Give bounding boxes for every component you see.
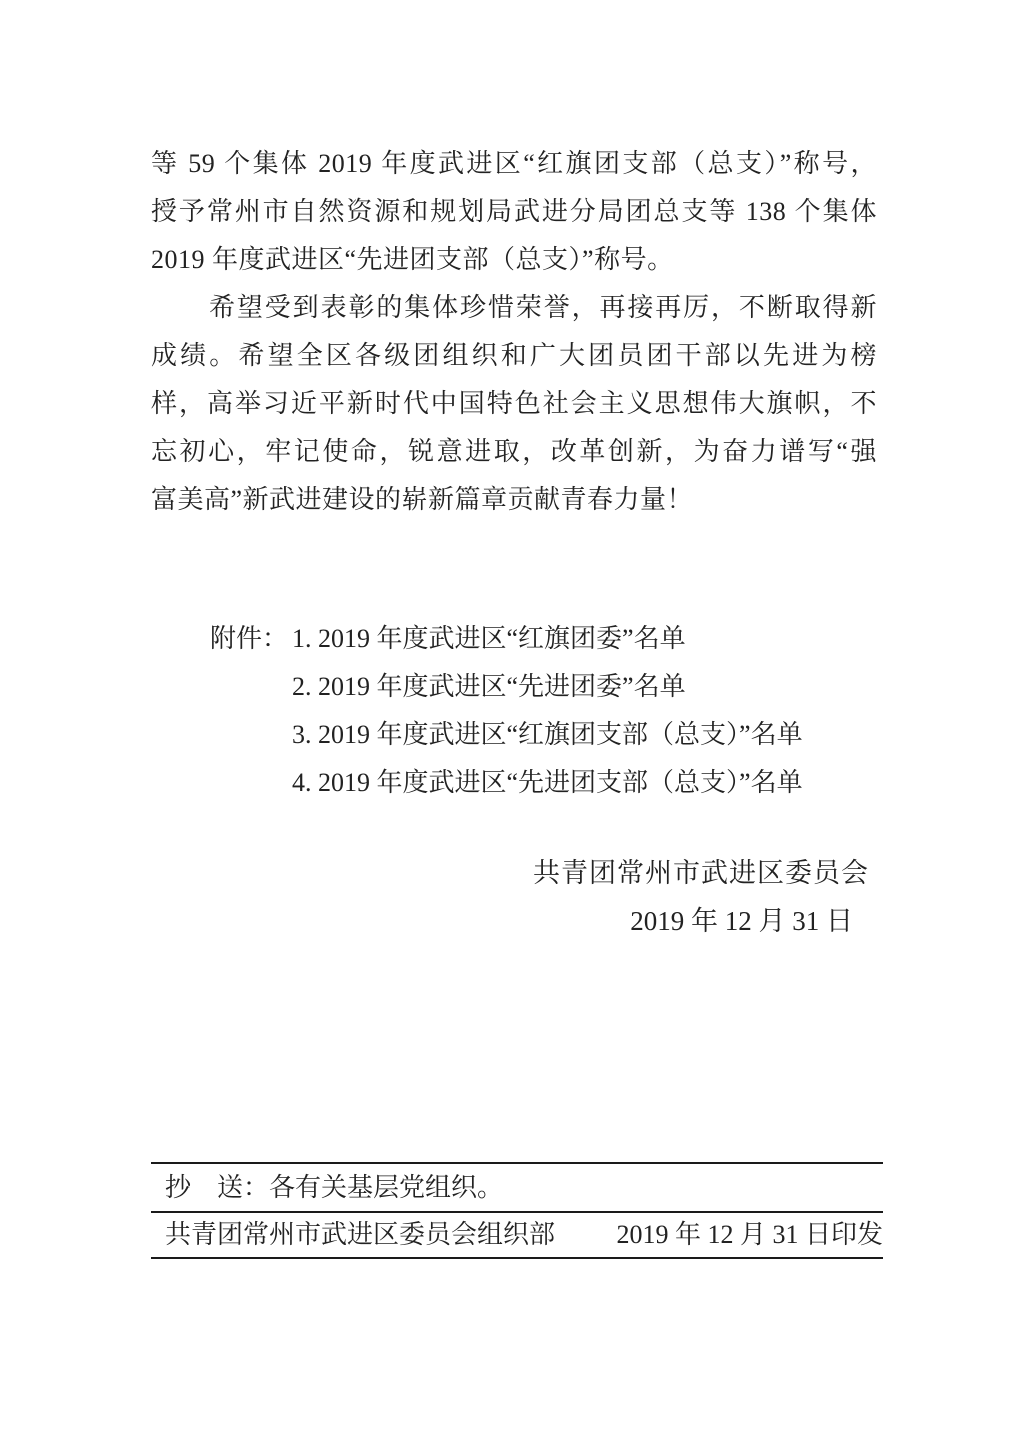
attachments-label: 附件： (210, 615, 288, 807)
signature-block: 共青团常州市武进区委员会 2019 年 12 月 31 日 (151, 849, 877, 945)
document-body: 等 59 个集体 2019 年度武进区“红旗团支部（总支）”称号， 授予常州市自… (151, 140, 877, 945)
body-text-line: 希望受到表彰的集体珍惜荣誉，再接再厉，不断取得新 (151, 284, 877, 332)
document-footer: 抄 送：各有关基层党组织。 共青团常州市武进区委员会组织部 2019 年 12 … (151, 1162, 883, 1259)
cc-value: 各有关基层党组织。 (269, 1173, 503, 1202)
body-text-line: 富美高”新武进建设的崭新篇章贡献青春力量！ (151, 476, 877, 524)
document-page: 等 59 个集体 2019 年度武进区“红旗团支部（总支）”称号， 授予常州市自… (0, 0, 1024, 1448)
body-text-line: 成绩。希望全区各级团组织和广大团员团干部以先进为榜 (151, 332, 877, 380)
signature-organization: 共青团常州市武进区委员会 (151, 849, 877, 897)
attachments-block: 附件： 1. 2019 年度武进区“红旗团委”名单 2. 2019 年度武进区“… (151, 615, 877, 807)
body-text-line: 样，高举习近平新时代中国特色社会主义思想伟大旗帜，不 (151, 380, 877, 428)
issuing-department: 共青团常州市武进区委员会组织部 (165, 1213, 555, 1257)
body-text-line: 授予常州市自然资源和规划局武进分局团总支等 138 个集体 (151, 188, 877, 236)
issue-line: 共青团常州市武进区委员会组织部 2019 年 12 月 31 日印发 (151, 1213, 883, 1257)
attachment-item: 4. 2019 年度武进区“先进团支部（总支）”名单 (292, 759, 803, 807)
attachment-item: 3. 2019 年度武进区“红旗团支部（总支）”名单 (292, 711, 803, 759)
signature-date: 2019 年 12 月 31 日 (151, 897, 877, 945)
body-text-line: 等 59 个集体 2019 年度武进区“红旗团支部（总支）”称号， (151, 140, 877, 188)
attachment-item: 2. 2019 年度武进区“先进团委”名单 (292, 663, 803, 711)
print-date: 2019 年 12 月 31 日印发 (616, 1213, 883, 1257)
paragraph-2: 希望受到表彰的集体珍惜荣誉，再接再厉，不断取得新 成绩。希望全区各级团组织和广大… (151, 284, 877, 524)
cc-line: 抄 送：各有关基层党组织。 (151, 1164, 883, 1211)
attachments-list: 1. 2019 年度武进区“红旗团委”名单 2. 2019 年度武进区“先进团委… (292, 615, 803, 807)
paragraph-1: 等 59 个集体 2019 年度武进区“红旗团支部（总支）”称号， 授予常州市自… (151, 140, 877, 284)
footer-divider-bottom (151, 1257, 883, 1259)
body-text-line: 忘初心，牢记使命，锐意进取，改革创新，为奋力谱写“强 (151, 428, 877, 476)
body-text-line: 2019 年度武进区“先进团支部（总支）”称号。 (151, 236, 877, 284)
attachment-item: 1. 2019 年度武进区“红旗团委”名单 (292, 615, 803, 663)
cc-label: 抄 送： (165, 1173, 269, 1202)
